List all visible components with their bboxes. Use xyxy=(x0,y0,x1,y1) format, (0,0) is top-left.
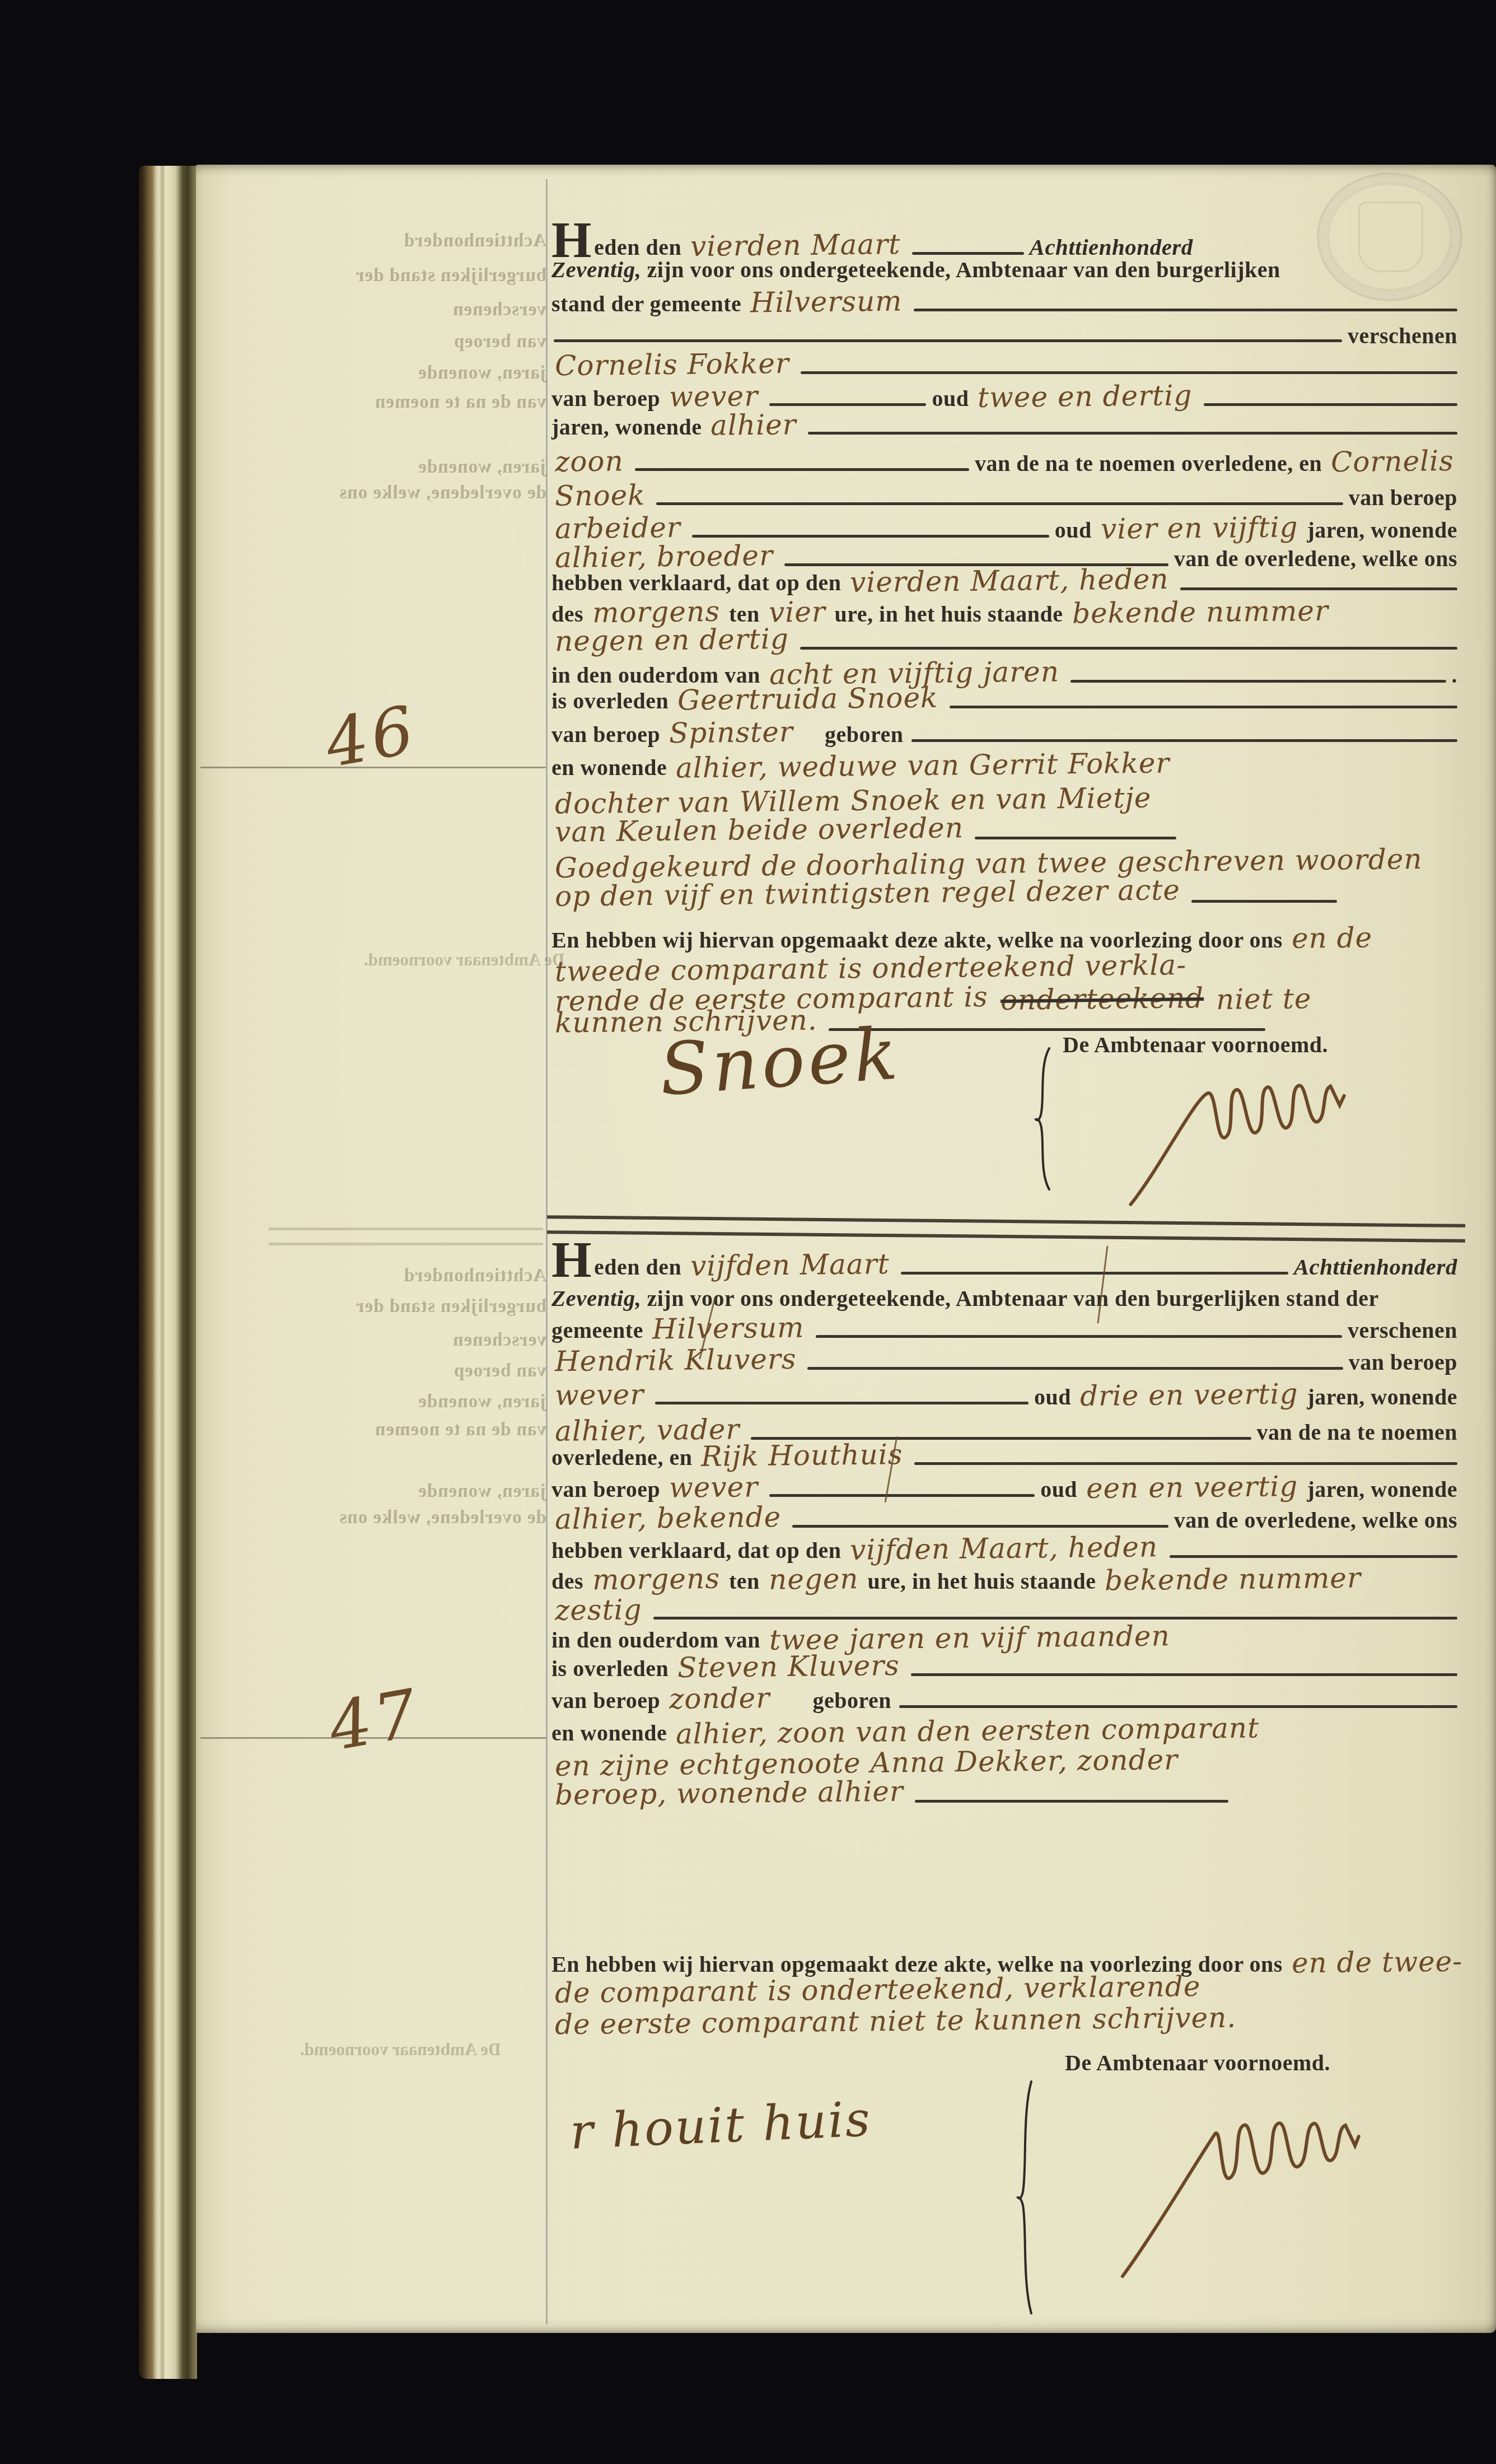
printed-form-text: jaren, wonende xyxy=(1307,1384,1457,1410)
act-number-46: 46 xyxy=(320,690,423,782)
handwritten-entry: een en veertig xyxy=(1086,1470,1298,1505)
handwritten-entry: vijfden Maart, heden xyxy=(850,1530,1158,1566)
printed-form-text: ure, in het huis staande xyxy=(867,1568,1096,1594)
form-line: is overledenSteven Kluvers xyxy=(551,1650,1463,1683)
printed-form-text: en wonende xyxy=(551,1720,667,1746)
form-line: Heden denvijfden MaartAchttienhonderd xyxy=(551,1246,1463,1281)
bleedthrough-line: burgerlijken stand der xyxy=(233,1296,546,1317)
form-line: en wonendealhier, weduwe van Gerrit Fokk… xyxy=(551,749,1463,782)
bleedthrough-line: Achttienhonderd xyxy=(233,1266,546,1286)
bleedthrough-line: jaren, wonende xyxy=(233,363,546,384)
bleedthrough-block-act1: Achttienhonderdburgerlijken stand derver… xyxy=(233,231,546,522)
fill-rule xyxy=(1180,587,1457,590)
printed-form-text: van beroep xyxy=(551,1687,660,1714)
printed-form-text: oud xyxy=(932,385,969,412)
bleedthrough-line: de overledene, welke ons xyxy=(233,483,546,503)
handwritten-entry: de eerste comparant niet te kunnen schri… xyxy=(555,2001,1237,2041)
printed-form-text: zijn voor ons ondergeteekende, Ambtenaar… xyxy=(647,256,1280,283)
bleedthrough-line: jaren, wonende xyxy=(233,1392,546,1412)
form-line: van beroepweveroudtwee en dertig xyxy=(551,380,1463,413)
printed-form-text: Zeventig, xyxy=(551,256,641,283)
fill-rule xyxy=(653,1617,1457,1620)
handwritten-entry: Geertruida Snoek xyxy=(677,682,938,717)
fill-rule xyxy=(807,1367,1343,1370)
handwritten-entry: Hendrik Kluvers xyxy=(555,1343,797,1378)
handwritten-entry: zoon xyxy=(555,445,624,478)
printed-form-text: is overleden xyxy=(551,688,668,714)
act-separator-line xyxy=(547,1215,1465,1243)
handwritten-entry: vijfden Maart xyxy=(690,1248,890,1282)
printed-form-text: in den ouderdom van xyxy=(551,1627,760,1653)
form-line: negen en dertig xyxy=(551,624,1463,656)
handwritten-entry: zonder xyxy=(669,1682,770,1715)
handwritten-entry: alhier, weduwe van Gerrit Fokker xyxy=(676,746,1170,784)
handwritten-entry: morgens xyxy=(592,1562,720,1596)
printed-form-text: oud xyxy=(1040,1476,1077,1502)
form-line: is overledenGeertruida Snoek xyxy=(551,683,1463,715)
form-line: hebben verklaard, dat op denvijfden Maar… xyxy=(551,1532,1463,1565)
handwritten-entry: Cornelis Fokker xyxy=(555,347,789,382)
handwritten-entry: Steven Kluvers xyxy=(677,1649,900,1684)
bleedthrough-officiant-act2: De Ambtenaar voornoemd. xyxy=(300,2040,501,2060)
fill-rule xyxy=(656,502,1343,505)
form-line: hebben verklaard, dat op denvierden Maar… xyxy=(551,564,1463,597)
comparant-signature-act1: Snoek xyxy=(657,1012,903,1112)
fill-rule xyxy=(800,647,1457,650)
signature-brace-act2 xyxy=(1015,2080,1035,2315)
printed-form-text: geboren xyxy=(825,721,904,748)
bleedthrough-line: verschenen xyxy=(233,300,546,320)
form-line: de comparant is onderteekend, verklarend… xyxy=(551,1973,1463,2006)
printed-form-text: geboren xyxy=(812,1687,891,1714)
handwritten-entry: negen en dertig xyxy=(555,623,789,657)
form-line: Hendrik Kluversvan beroep xyxy=(551,1344,1463,1376)
printed-form-text: hebben verklaard, dat op den xyxy=(551,1537,841,1564)
printed-form-text: gemeente xyxy=(551,1317,643,1343)
printed-form-text: eden den xyxy=(594,1254,681,1280)
form-line: zoonvan de na te noemen overledene, enCo… xyxy=(551,445,1463,478)
printed-form-text: en wonende xyxy=(551,754,667,781)
fill-rule xyxy=(911,739,1457,742)
bleedthrough-line: van beroep xyxy=(233,332,546,352)
fill-rule xyxy=(816,1335,1342,1338)
printed-form-text: van beroep xyxy=(551,1476,660,1502)
official-signature-scrawl-act1 xyxy=(1111,1057,1367,1215)
handwritten-entry: beroep, wonende alhier xyxy=(555,1775,904,1812)
officiant-label-act2: De Ambtenaar voornoemd. xyxy=(1065,2050,1330,2076)
fill-rule xyxy=(914,309,1457,311)
printed-form-text: oud xyxy=(1055,517,1092,543)
printed-form-text: des xyxy=(551,601,583,627)
bleedthrough-line: van de na te noemen xyxy=(233,1420,546,1440)
fill-rule xyxy=(899,1705,1457,1708)
fill-rule xyxy=(1170,1555,1457,1558)
official-signature-scrawl-act2 xyxy=(1102,2087,1376,2289)
handwritten-entry: drie en veertig xyxy=(1080,1378,1298,1412)
printed-form-text: jaren, wonende xyxy=(1307,517,1457,543)
fill-rule xyxy=(1191,900,1337,903)
fill-rule xyxy=(769,403,926,406)
form-line: van beroepweveroudeen en veertigjaren, w… xyxy=(551,1471,1463,1504)
bleedthrough-officiant-act1: De Ambtenaar voornoemd. xyxy=(364,950,564,970)
printed-form-text: verschenen xyxy=(1348,1317,1457,1343)
handwritten-entry: negen xyxy=(768,1562,858,1596)
printed-drop-cap: H xyxy=(551,1248,592,1271)
fill-rule xyxy=(1204,403,1457,406)
form-line: en wonendealhier, zoon van den eersten c… xyxy=(551,1715,1463,1747)
form-line: dochter van Willem Snoek en van Mietje xyxy=(551,785,1463,817)
handwritten-entry: Cornelis xyxy=(1331,445,1454,478)
printed-form-text: jaren, wonende xyxy=(1307,1476,1457,1502)
handwritten-entry: van Keulen beide overleden xyxy=(555,811,964,848)
fill-rule xyxy=(792,1525,1168,1528)
fill-rule xyxy=(554,339,1342,342)
fill-rule xyxy=(801,371,1457,374)
form-line: van beroepSpinstergeboren xyxy=(551,716,1463,749)
handwritten-entry: Rijk Houthuis xyxy=(701,1438,903,1473)
fill-rule xyxy=(975,837,1176,839)
fill-rule xyxy=(692,535,1049,538)
printed-form-text: overledene, en xyxy=(551,1444,692,1471)
bleedthrough-line: jaren, wonende xyxy=(233,1481,546,1502)
printed-form-text: ure, in het huis staande xyxy=(835,601,1063,627)
bleedthrough-line: de overledene, welke ons xyxy=(233,1508,546,1528)
form-line: Zeventig,zijn voor ons ondergeteekende, … xyxy=(551,256,1463,283)
handwritten-entry: Hilversum xyxy=(750,285,903,319)
printed-form-text: verschenen xyxy=(1348,323,1457,349)
handwritten-entry: alhier, bekende xyxy=(555,1501,782,1536)
bleedthrough-line: van de na te noemen xyxy=(233,392,546,413)
form-line: gemeenteHilversumverschenen xyxy=(551,1312,1463,1345)
form-line: beroep, wonende alhier xyxy=(551,1777,1463,1809)
form-line: jaren, wonendealhier xyxy=(551,409,1463,441)
fill-rule xyxy=(901,1272,1288,1275)
fill-rule xyxy=(915,1800,1228,1803)
printed-form-text: des xyxy=(551,1568,583,1594)
printed-form-text: jaren, wonende xyxy=(551,414,702,440)
fill-rule xyxy=(635,468,969,471)
comparant-signature-act2: r houit huis xyxy=(569,2091,873,2160)
handwritten-entry: op den vijf en twintigsten regel dezer a… xyxy=(555,874,1180,913)
printed-form-text: van beroep xyxy=(1349,484,1457,511)
printed-form-text: oud xyxy=(1034,1384,1071,1410)
form-line: Zeventig,zijn voor ons ondergeteekende, … xyxy=(551,1285,1463,1312)
form-line: tweede comparant is onderteekend verkla- xyxy=(551,952,1463,984)
bleedthrough-line: Achttienhonderd xyxy=(233,231,546,251)
printed-form-text: stand der gemeente xyxy=(551,291,741,317)
form-line: de eerste comparant niet te kunnen schri… xyxy=(551,2005,1463,2037)
fill-rule xyxy=(769,1494,1035,1497)
form-line: Cornelis Fokker xyxy=(551,348,1463,381)
document-page: 46 47 Heden denvierden MaartAchttienhond… xyxy=(196,165,1496,2333)
printed-form-text: van beroep xyxy=(1349,1349,1457,1375)
handwritten-entry: alhier xyxy=(710,408,797,442)
form-line: arbeideroudvier en vijftigjaren, wonende xyxy=(551,512,1463,544)
bleedthrough-line: jaren, wonende xyxy=(233,457,546,478)
handwritten-entry: Spinster xyxy=(669,716,793,749)
handwritten-entry: Hilversum xyxy=(652,1312,805,1346)
bleedthrough-line: verschenen xyxy=(233,1330,546,1351)
printed-form-text: Achttienhonderd xyxy=(1294,1253,1457,1280)
handwritten-entry: en de xyxy=(1292,921,1373,955)
form-line: weverouddrie en veertigjaren, wonende xyxy=(551,1379,1463,1411)
handwritten-entry: wever xyxy=(669,380,759,413)
bleedthrough-line: burgerlijken stand der xyxy=(233,265,546,286)
form-line: stand der gemeenteHilversum xyxy=(551,286,1463,318)
fill-rule xyxy=(808,432,1457,435)
printed-form-text: van de na te noemen overledene, en xyxy=(975,450,1322,477)
form-line: alhier, bekendevan de overledene, welke … xyxy=(551,1502,1463,1534)
form-line: van Keulen beide overleden xyxy=(551,814,1463,846)
fill-rule xyxy=(911,1673,1457,1676)
stacked-page-edges xyxy=(139,166,197,2379)
separator-bleedthrough xyxy=(269,1228,543,1245)
officiant-label-act1: De Ambtenaar voornoemd. xyxy=(1063,1032,1328,1058)
printed-form-text: van de overledene, welke ons xyxy=(1174,1507,1457,1533)
printed-form-text: Zeventig, xyxy=(551,1285,641,1312)
form-line: en zijne echtgenoote Anna Dekker, zonder xyxy=(551,1747,1463,1779)
handwritten-entry: Snoek xyxy=(555,479,646,512)
printed-form-text: van beroep xyxy=(551,385,660,412)
act-number-47: 47 xyxy=(323,1674,426,1766)
handwritten-entry: vierden Maart, heden xyxy=(850,563,1169,599)
printed-form-text: ten xyxy=(729,1568,760,1594)
form-line: van beroepzondergeboren xyxy=(551,1682,1463,1715)
printed-form-text: is overleden xyxy=(551,1655,668,1682)
book-scan-background: 46 47 Heden denvierden MaartAchttienhond… xyxy=(0,0,1496,2464)
fill-rule xyxy=(912,252,1024,255)
form-line: overledene, enRijk Houthuis xyxy=(551,1439,1463,1472)
printed-drop-cap: H xyxy=(551,228,592,251)
bleedthrough-block-act2: Achttienhonderdburgerlijken stand derver… xyxy=(233,1266,546,1546)
form-line: in den ouderdom vantwee jaren en vijf ma… xyxy=(551,1622,1463,1654)
printed-form-text: hebben verklaard, dat op den xyxy=(551,570,841,596)
handwritten-entry: wever xyxy=(669,1471,759,1504)
form-line: Goedgekeurd de doorhaling van twee gesch… xyxy=(551,847,1463,880)
fill-rule xyxy=(950,706,1457,708)
form-line: op den vijf en twintigsten regel dezer a… xyxy=(551,877,1463,909)
printed-form-text: zijn voor ons ondergeteekende, Ambtenaar… xyxy=(647,1285,1378,1312)
printed-form-text: van beroep xyxy=(551,721,660,748)
signature-brace-act1 xyxy=(1034,1047,1053,1191)
fill-rule xyxy=(655,1402,1028,1404)
form-line: Snoekvan beroep xyxy=(551,479,1463,512)
form-line: En hebben wij hiervan opgemaakt deze akt… xyxy=(551,922,1463,954)
fill-rule xyxy=(914,1462,1457,1465)
handwritten-entry: bekende nummer xyxy=(1105,1562,1361,1597)
handwritten-entry: wever xyxy=(555,1378,644,1412)
form-line: desmorgenstennegenure, in het huis staan… xyxy=(551,1563,1463,1595)
bleedthrough-line: van beroep xyxy=(233,1361,546,1382)
form-line: verschenen xyxy=(551,323,1463,349)
